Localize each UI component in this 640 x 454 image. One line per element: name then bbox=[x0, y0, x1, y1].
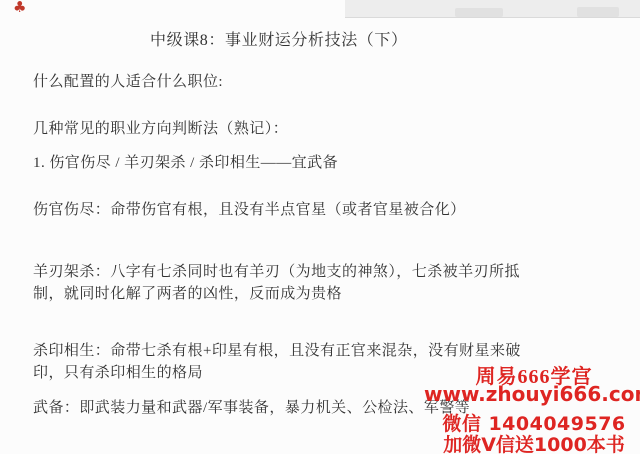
watermark-promo: 加微V信送1000本书 bbox=[424, 430, 640, 454]
methods-heading: 几种常见的职业方向判断法（熟记）： bbox=[33, 118, 288, 140]
document-page: ♣ 中级课8：事业财运分析技法（下） 什么配置的人适合什么职位: 几种常见的职业… bbox=[0, 0, 640, 454]
window-edge-smudge bbox=[455, 8, 503, 17]
page-title: 中级课8：事业财运分析技法（下） bbox=[150, 27, 408, 50]
definition-shangguan: 伤官伤尽：命带伤官有根，且没有半点官星（或者官星被合化） bbox=[33, 199, 466, 221]
question-line: 什么配置的人适合什么职位: bbox=[33, 71, 223, 93]
list-item-1: 1. 伤官伤尽 / 羊刃架杀 / 杀印相生——宜武备 bbox=[33, 152, 338, 174]
window-edge-smudge bbox=[577, 7, 619, 17]
definition-yangren: 羊刃架杀：八字有七杀同时也有羊刃（为地支的神煞），七杀被羊刃所抵制，就同时化解了… bbox=[33, 261, 520, 305]
definition-shayin: 杀印相生：命带七杀有根+印星有根，且没有正官来混杂，没有财星来破印，只有杀印相生… bbox=[33, 340, 530, 384]
definition-wubei: 武备：即武装力量和武器/军事装备，暴力机关、公检法、军警等 bbox=[33, 397, 470, 419]
window-edge-bar bbox=[345, 0, 640, 18]
red-corner-mark-icon: ♣ bbox=[13, 0, 26, 15]
